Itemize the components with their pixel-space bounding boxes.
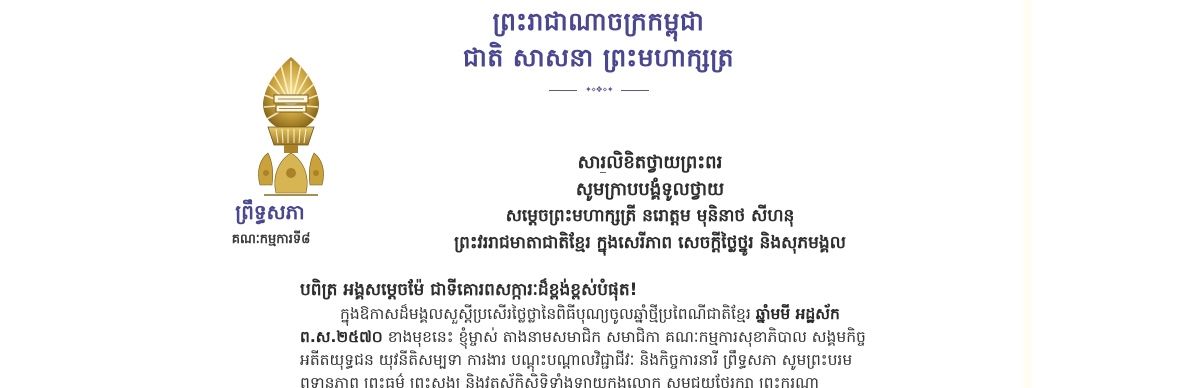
body-line-3: អតីតយុទ្ធជន យុវនីតិសម្បទា ការងារ បណ្តុះប… xyxy=(300,349,900,372)
committee-name: គណៈកម្មការទី៨ xyxy=(196,230,346,250)
letter-recipient-intro: សូមក្រាបបង្គំទូលថ្វាយ xyxy=(380,177,920,203)
ornament-line-left xyxy=(549,90,577,91)
letter-recipient-name: សម្តេចព្រះមហាក្សត្រី នរោត្តម មុនិនាថ សីហ… xyxy=(380,203,920,229)
body-line-4: ពុទ្ធានុភាព ព្រះធម៌ ព្រះសង្ឃ និងវត្ថុស័ក… xyxy=(300,372,900,388)
letter-title: សារលិខិតថ្វាយព្រះពរ xyxy=(380,150,920,176)
letter-body: ក្នុងឱកាសដ៏មង្គលសួស្តីប្រសើរថ្លៃថ្លានៃពិ… xyxy=(300,303,900,388)
body-line-2-text: ខាងមុខនេះ ខ្ញុំម្ចាស់ តាងនាមសមាជិក សមាជិ… xyxy=(383,328,866,346)
kingdom-heading: ព្រះរាជាណាចក្រកម្ពុជា xyxy=(0,4,1197,40)
body-line-1: ក្នុងឱកាសដ៏មង្គលសួស្តីប្រសើរថ្លៃថ្លានៃពិ… xyxy=(300,303,900,326)
body-line-2-era: ព.ស.២៥៧០ xyxy=(300,328,383,346)
ornament-divider: ✦⋄❖⋄✦ xyxy=(549,84,649,96)
title-underline-mark xyxy=(600,172,606,173)
body-line-2: ព.ស.២៥៧០ ខាងមុខនេះ ខ្ញុំម្ចាស់ តាងនាមសមា… xyxy=(300,326,900,349)
letter-recipient-title: ព្រះវររាជមាតាជាតិខ្មែរ ក្នុងសេរីភាព សេចក… xyxy=(380,230,920,256)
national-motto: ជាតិ សាសនា ព្រះមហាក្សត្រ xyxy=(0,40,1197,76)
document-page: ព្រះរាជាណាចក្រកម្ពុជា ជាតិ សាសនា ព្រះមហា… xyxy=(0,0,1197,388)
organization-name: ព្រឹទ្ធសភា xyxy=(200,198,340,226)
body-line-1-text: ក្នុងឱកាសដ៏មង្គលសួស្តីប្រសើរថ្លៃថ្លានៃពិ… xyxy=(340,305,756,323)
salutation: បពិត្រ អង្គសម្តេចម៉ែ ជាទីគោរពសក្ការៈដ៏ខ្… xyxy=(300,278,900,302)
ornament-line-right xyxy=(621,90,649,91)
ornament-center: ✦⋄❖⋄✦ xyxy=(577,84,621,96)
senate-emblem-icon xyxy=(254,55,328,197)
body-line-1-year: ឆ្នាំមមី អដ្ឋស័ក xyxy=(756,305,840,323)
